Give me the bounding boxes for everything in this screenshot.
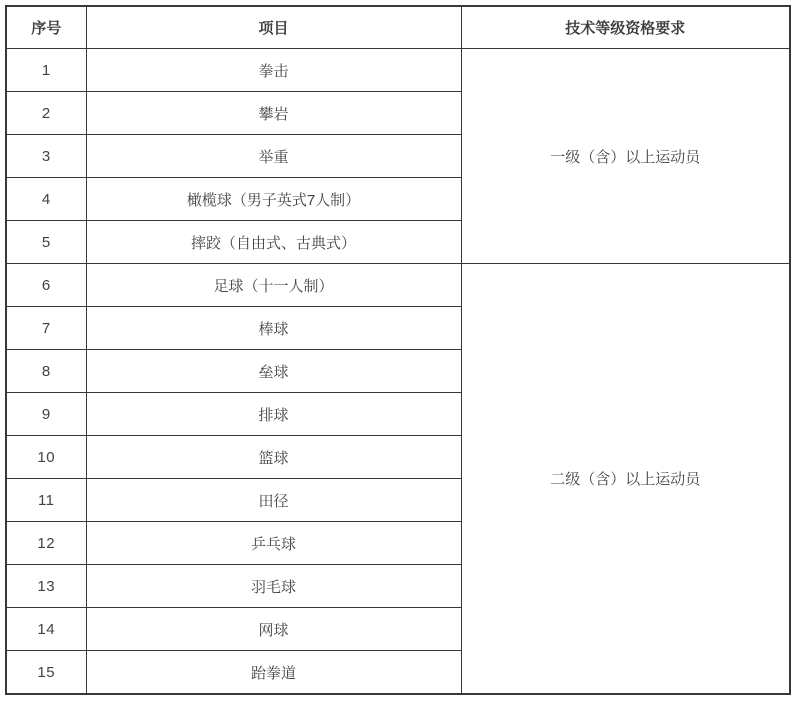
header-requirement: 技术等级资格要求 <box>461 6 790 49</box>
row-number-cell: 5 <box>6 221 86 264</box>
row-number-cell: 2 <box>6 92 86 135</box>
document-page: 序号 项目 技术等级资格要求 1拳击一级（含）以上运动员2攀岩3举重4橄榄球（男… <box>0 0 796 701</box>
row-number-cell: 9 <box>6 393 86 436</box>
header-row: 序号 项目 技术等级资格要求 <box>6 6 790 49</box>
event-name-cell: 拳击 <box>86 49 461 92</box>
event-name-cell: 跆拳道 <box>86 651 461 695</box>
event-name-cell: 棒球 <box>86 307 461 350</box>
row-number-cell: 11 <box>6 479 86 522</box>
row-number-cell: 14 <box>6 608 86 651</box>
event-name-cell: 乒乓球 <box>86 522 461 565</box>
row-number-cell: 13 <box>6 565 86 608</box>
row-number-cell: 1 <box>6 49 86 92</box>
row-number-cell: 10 <box>6 436 86 479</box>
table-body: 1拳击一级（含）以上运动员2攀岩3举重4橄榄球（男子英式7人制）5摔跤（自由式、… <box>6 49 790 695</box>
event-name-cell: 足球（十一人制） <box>86 264 461 307</box>
event-name-cell: 橄榄球（男子英式7人制） <box>86 178 461 221</box>
event-name-cell: 摔跤（自由式、古典式） <box>86 221 461 264</box>
row-number-cell: 12 <box>6 522 86 565</box>
requirement-cell: 一级（含）以上运动员 <box>461 49 790 264</box>
event-name-cell: 排球 <box>86 393 461 436</box>
row-number-cell: 7 <box>6 307 86 350</box>
table-header: 序号 项目 技术等级资格要求 <box>6 6 790 49</box>
event-name-cell: 篮球 <box>86 436 461 479</box>
header-index: 序号 <box>6 6 86 49</box>
row-number-cell: 3 <box>6 135 86 178</box>
row-number-cell: 8 <box>6 350 86 393</box>
event-name-cell: 攀岩 <box>86 92 461 135</box>
event-name-cell: 垒球 <box>86 350 461 393</box>
row-number-cell: 15 <box>6 651 86 695</box>
table-row: 6足球（十一人制）二级（含）以上运动员 <box>6 264 790 307</box>
qualification-table: 序号 项目 技术等级资格要求 1拳击一级（含）以上运动员2攀岩3举重4橄榄球（男… <box>5 5 791 695</box>
event-name-cell: 举重 <box>86 135 461 178</box>
row-number-cell: 4 <box>6 178 86 221</box>
row-number-cell: 6 <box>6 264 86 307</box>
event-name-cell: 羽毛球 <box>86 565 461 608</box>
event-name-cell: 网球 <box>86 608 461 651</box>
requirement-cell: 二级（含）以上运动员 <box>461 264 790 695</box>
header-event: 项目 <box>86 6 461 49</box>
event-name-cell: 田径 <box>86 479 461 522</box>
table-row: 1拳击一级（含）以上运动员 <box>6 49 790 92</box>
